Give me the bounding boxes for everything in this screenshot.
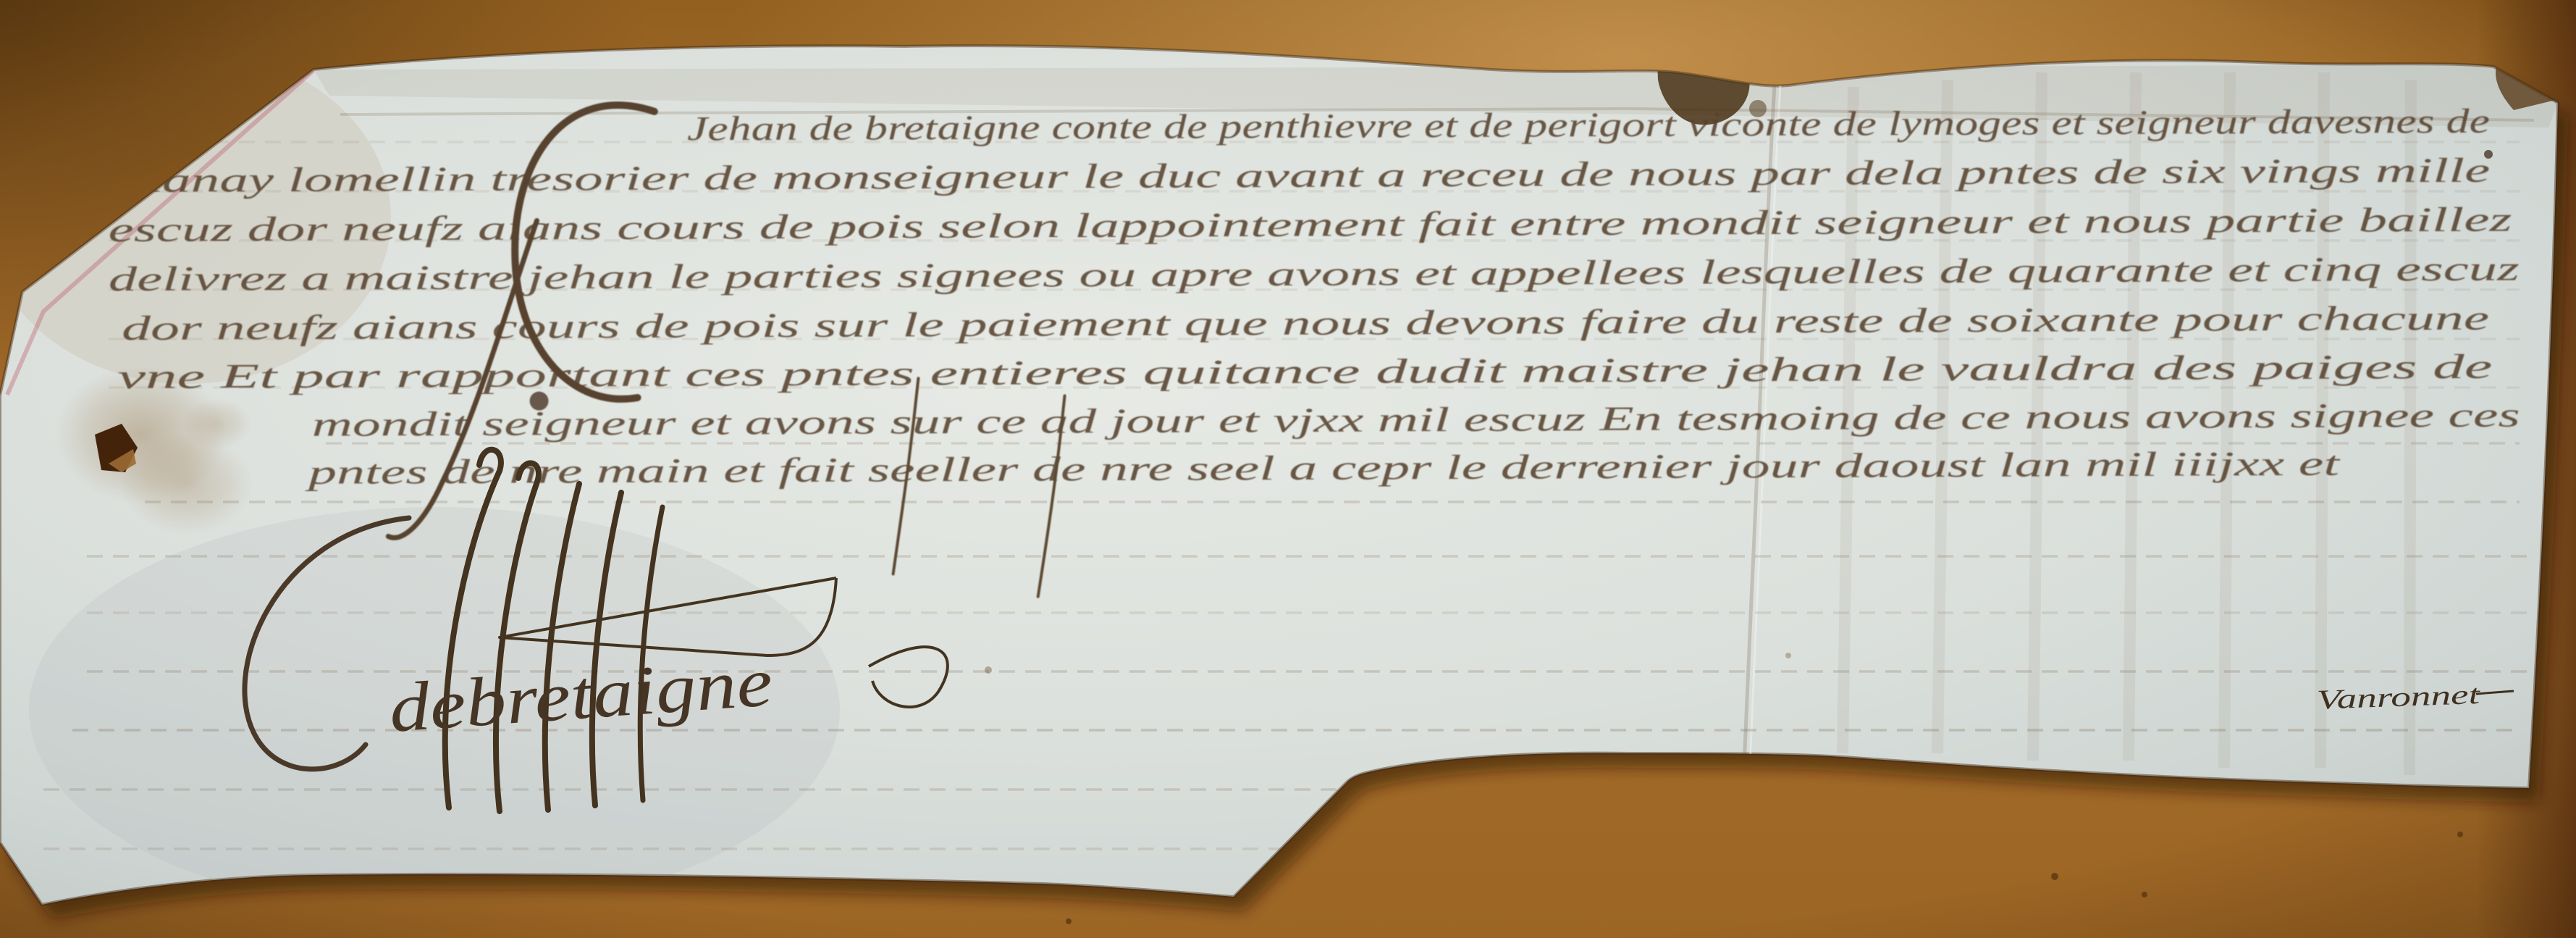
- table-speck: [2051, 873, 2058, 880]
- stain-blob: [120, 433, 253, 535]
- small-fleck: [1785, 653, 1791, 658]
- photograph-of-parchment-charter: Jehan de bretaigne conte de penthievre e…: [0, 0, 2576, 938]
- text-line-1: Jehan de bretaigne conte de penthievre e…: [687, 102, 2490, 148]
- table-speck: [1066, 918, 1072, 924]
- ink-blob-on-text: [530, 392, 549, 411]
- stain-blob: [182, 398, 252, 450]
- table-speck: [2142, 892, 2147, 897]
- small-fleck: [985, 666, 992, 674]
- photo-canvas: Jehan de bretaigne conte de penthievre e…: [0, 0, 2576, 938]
- countersignature: Vanronnet: [2316, 679, 2481, 716]
- table-speck: [2457, 832, 2463, 837]
